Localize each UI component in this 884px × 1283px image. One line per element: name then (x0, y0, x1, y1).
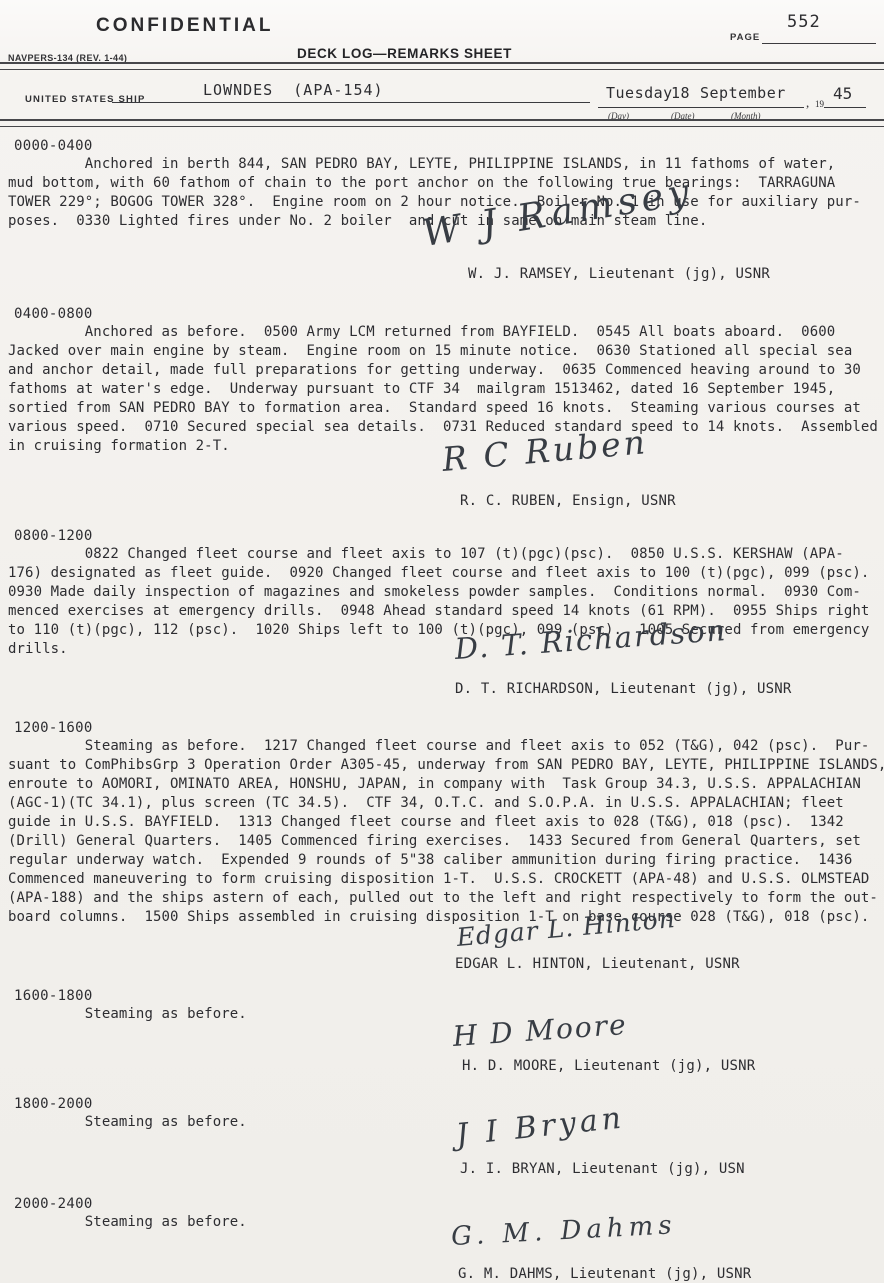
log-entry: 1600-1800 Steaming as before. H D Moore … (8, 988, 878, 1024)
log-line: board columns. 1500 Ships assembled in c… (8, 908, 878, 927)
signature-typed-name: D. T. RICHARDSON, Lieutenant (jg), USNR (455, 681, 792, 697)
ship-label: UNITED STATES SHIP (25, 94, 145, 105)
log-line: sortied from SAN PEDRO BAY to formation … (8, 399, 878, 418)
entry-text: Anchored as before. 0500 Army LCM return… (8, 323, 878, 456)
signature-typed-name: R. C. RUBEN, Ensign, USNR (460, 493, 676, 509)
log-line: Anchored in berth 844, SAN PEDRO BAY, LE… (8, 155, 878, 174)
log-line: 0930 Made daily inspection of magazines … (8, 583, 878, 602)
year-comma: , (806, 95, 809, 111)
log-line: drills. (8, 640, 878, 659)
log-line: fathoms at water's edge. Underway pursua… (8, 380, 878, 399)
log-line: suant to ComPhibsGrp 3 Operation Order A… (8, 756, 878, 775)
log-line: menced exercises at emergency drills. 09… (8, 602, 878, 621)
log-line: (AGC-1)(TC 34.1), plus screen (TC 34.5).… (8, 794, 878, 813)
log-entry: 0400-0800 Anchored as before. 0500 Army … (8, 306, 878, 456)
entry-time-range: 1800-2000 (14, 1096, 878, 1113)
entry-time-range: 0400-0800 (14, 306, 878, 323)
log-line: mud bottom, with 60 fathom of chain to t… (8, 174, 878, 193)
signature-typed-name: J. I. BRYAN, Lieutenant (jg), USN (460, 1161, 745, 1177)
log-line: and anchor detail, made full preparation… (8, 361, 878, 380)
log-line: regular underway watch. Expended 9 round… (8, 851, 878, 870)
date-day-value: Tuesday (606, 84, 673, 102)
log-entry: 0800-1200 0822 Changed fleet course and … (8, 528, 878, 659)
log-entry: 0000-0400 Anchored in berth 844, SAN PED… (8, 138, 878, 231)
entry-time-range: 0000-0400 (14, 138, 878, 155)
entry-text: Steaming as before. (8, 1005, 878, 1024)
entry-time-range: 1600-1800 (14, 988, 878, 1005)
log-line: 0822 Changed fleet course and fleet axis… (8, 545, 878, 564)
entry-time-range: 1200-1600 (14, 720, 878, 737)
entry-text: Steaming as before. (8, 1113, 878, 1132)
log-line: Steaming as before. (8, 1005, 878, 1024)
log-line: Anchored as before. 0500 Army LCM return… (8, 323, 878, 342)
year-prefix: 19 (815, 99, 824, 109)
year-underline (824, 107, 866, 108)
entry-text: 0822 Changed fleet course and fleet axis… (8, 545, 878, 659)
log-entry: 2000-2400 Steaming as before. G. M. Dahm… (8, 1196, 878, 1232)
entry-time-range: 2000-2400 (14, 1196, 878, 1213)
entry-time-range: 0800-1200 (14, 528, 878, 545)
ship-name-underline (112, 102, 590, 103)
deck-log-remarks-sheet: CONFIDENTIAL 552 PAGE NAVPERS-134 (REV. … (0, 0, 884, 1283)
log-entry: 1200-1600 Steaming as before. 1217 Chang… (8, 720, 878, 927)
date-date-value: 18 (671, 84, 690, 102)
signature-typed-name: W. J. RAMSEY, Lieutenant (jg), USNR (468, 266, 770, 282)
log-line: Steaming as before. (8, 1113, 878, 1132)
page-number: 552 (787, 12, 821, 32)
log-line: Commenced maneuvering to form cruising d… (8, 870, 878, 889)
log-line: Steaming as before. (8, 1213, 878, 1232)
log-line: (Drill) General Quarters. 1405 Commenced… (8, 832, 878, 851)
log-line: various speed. 0710 Secured special sea … (8, 418, 878, 437)
entry-text: Steaming as before. (8, 1213, 878, 1232)
signature-typed-name: EDGAR L. HINTON, Lieutenant, USNR (455, 956, 740, 972)
log-line: enroute to AOMORI, OMINATO AREA, HONSHU,… (8, 775, 878, 794)
log-line: Jacked over main engine by steam. Engine… (8, 342, 878, 361)
signature-typed-name: H. D. MOORE, Lieutenant (jg), USNR (462, 1058, 755, 1074)
year-value: 45 (833, 84, 852, 103)
log-line: guide in U.S.S. BAYFIELD. 1313 Changed f… (8, 813, 878, 832)
header-rule-bottom (0, 119, 884, 127)
log-line: (APA-188) and the ships astern of each, … (8, 889, 878, 908)
classification-stamp: CONFIDENTIAL (96, 15, 273, 37)
log-line: to 110 (t)(pgc), 112 (psc). 1020 Ships l… (8, 621, 878, 640)
log-entry: 1800-2000 Steaming as before. J I Bryan … (8, 1096, 878, 1132)
date-month-value: September (700, 84, 786, 102)
log-line: Steaming as before. 1217 Changed fleet c… (8, 737, 878, 756)
page-label: PAGE (730, 32, 760, 43)
ship-name: LOWNDES (APA-154) (203, 81, 384, 99)
header-rule-top (0, 62, 884, 70)
log-line: 176) designated as fleet guide. 0920 Cha… (8, 564, 878, 583)
sheet-title: DECK LOG—REMARKS SHEET (297, 46, 512, 61)
entry-text: Steaming as before. 1217 Changed fleet c… (8, 737, 878, 927)
date-underline (598, 107, 804, 108)
signature-typed-name: G. M. DAHMS, Lieutenant (jg), USNR (458, 1266, 751, 1282)
page-number-underline (762, 43, 876, 44)
